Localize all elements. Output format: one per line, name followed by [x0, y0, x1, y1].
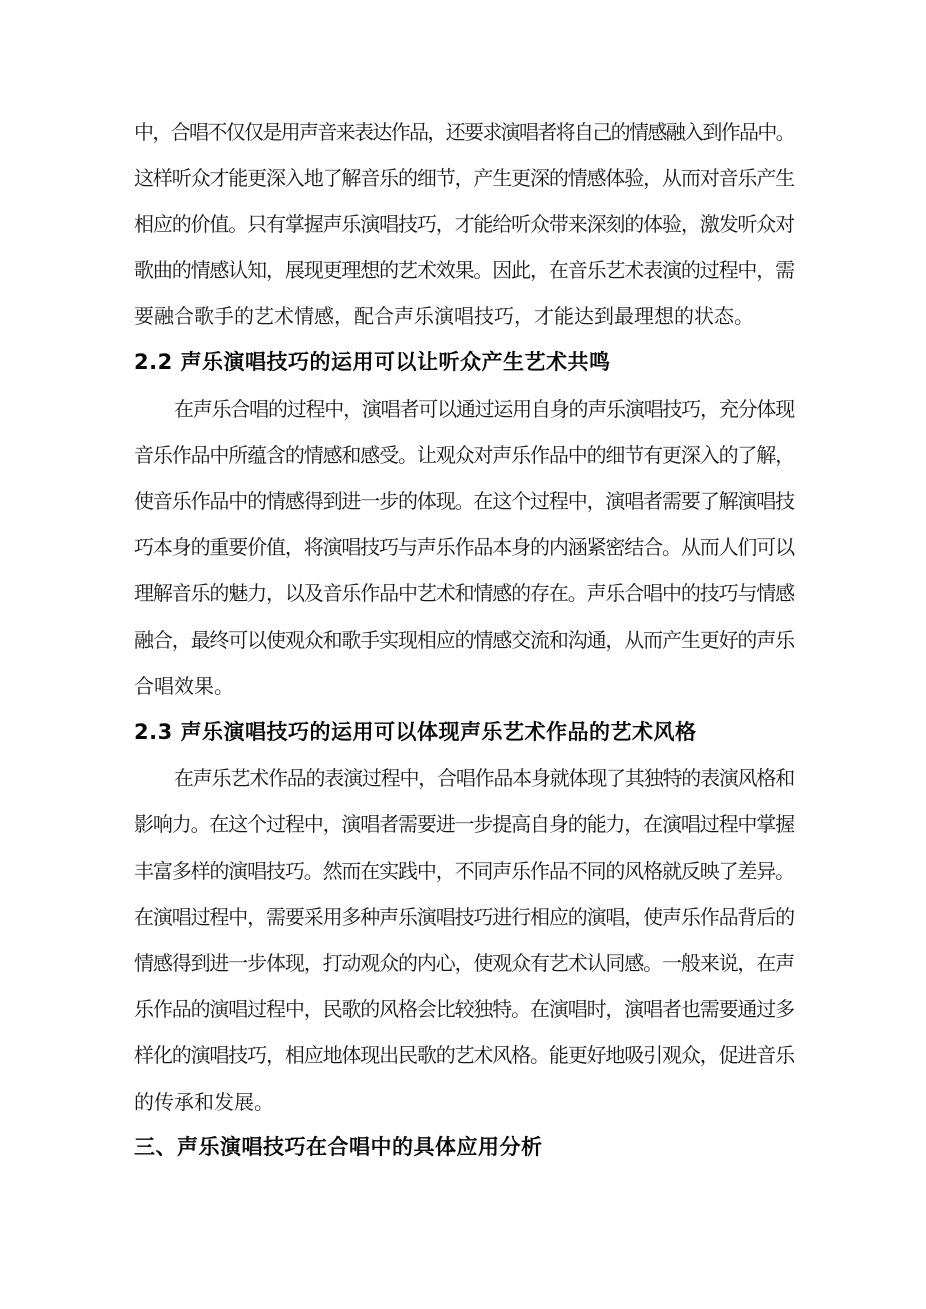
document-page: 中，合唱不仅仅是用声音来表达作品，还要求演唱者将自己的情感融入到作品中。这样听众…: [0, 0, 926, 1309]
paragraph-line-text: 这样听众才能更深入地了解音乐的细节，产生更深的情感体验，从而对音乐产生: [134, 162, 794, 191]
para-2-2-line: 在声乐合唱的过程中，演唱者可以通过运用自身的声乐演唱技巧，充分体现: [134, 384, 794, 430]
paragraph-line-text: 影响力。在这个过程中，演唱者需要进一步提高自身的能力，在演唱过程中掌握: [134, 808, 794, 837]
para-continuation-line: 歌曲的情感认知，展现更理想的艺术效果。因此，在音乐艺术表演的过程中，需: [134, 246, 794, 292]
document-content: 中，合唱不仅仅是用声音来表达作品，还要求演唱者将自己的情感融入到作品中。这样听众…: [134, 107, 794, 1169]
para-2-2-line: 合唱效果。: [134, 661, 794, 707]
para-continuation-line: 中，合唱不仅仅是用声音来表达作品，还要求演唱者将自己的情感融入到作品中。: [134, 107, 794, 153]
para-2-2-line: 使音乐作品中的情感得到进一步的体现。在这个过程中，演唱者需要了解演唱技: [134, 477, 794, 523]
paragraph-line-text: 在演唱过程中，需要采用多种声乐演唱技巧进行相应的演唱，使声乐作品背后的: [134, 901, 794, 930]
para-2-3-line: 样化的演唱技巧，相应地体现出民歌的艺术风格。能更好地吸引观众，促进音乐: [134, 1031, 794, 1077]
para-2-3-line: 在声乐艺术作品的表演过程中，合唱作品本身就体现了其独特的表演风格和: [134, 754, 794, 800]
paragraph-line-text: 要融合歌手的艺术情感，配合声乐演唱技巧，才能达到最理想的状态。: [134, 300, 754, 329]
para-2-2-line: 音乐作品中所蕴含的情感和感受。让观众对声乐作品中的细节有更深入的了解，: [134, 430, 794, 476]
paragraph-line-text: 歌曲的情感认知，展现更理想的艺术效果。因此，在音乐艺术表演的过程中，需: [134, 254, 794, 283]
heading-2-2-text: 2.2 声乐演唱技巧的运用可以让听众产生艺术共鸣: [134, 346, 611, 376]
paragraph-line-text: 理解音乐的魅力，以及音乐作品中艺术和情感的存在。声乐合唱中的技巧与情感: [134, 577, 794, 606]
paragraph-line-text: 合唱效果。: [134, 670, 234, 699]
heading-3: 三、声乐演唱技巧在合唱中的具体应用分析: [134, 1123, 794, 1169]
paragraph-line-text: 中，合唱不仅仅是用声音来表达作品，还要求演唱者将自己的情感融入到作品中。: [134, 116, 794, 145]
paragraph-line-text: 融合，最终可以使观众和歌手实现相应的情感交流和沟通，从而产生更好的声乐: [134, 624, 794, 653]
paragraph-line-text: 丰富多样的演唱技巧。然而在实践中，不同声乐作品不同的风格就反映了差异。: [134, 855, 794, 884]
paragraph-line-text: 乐作品的演唱过程中，民歌的风格会比较独特。在演唱时，演唱者也需要通过多: [134, 993, 794, 1022]
para-2-3-line: 的传承和发展。: [134, 1077, 794, 1123]
paragraph-line-text: 音乐作品中所蕴含的情感和感受。让观众对声乐作品中的细节有更深入的了解，: [134, 439, 794, 468]
paragraph-line-text: 的传承和发展。: [134, 1086, 274, 1115]
paragraph-line-text: 使音乐作品中的情感得到进一步的体现。在这个过程中，演唱者需要了解演唱技: [134, 485, 794, 514]
paragraph-line-text: 在声乐合唱的过程中，演唱者可以通过运用自身的声乐演唱技巧，充分体现: [174, 393, 794, 422]
para-2-2-line: 巧本身的重要价值，将演唱技巧与声乐作品本身的内涵紧密结合。从而人们可以: [134, 523, 794, 569]
paragraph-line-text: 巧本身的重要价值，将演唱技巧与声乐作品本身的内涵紧密结合。从而人们可以: [134, 531, 794, 560]
heading-3-text: 三、声乐演唱技巧在合唱中的具体应用分析: [134, 1131, 543, 1161]
heading-2-3-text: 2.3 声乐演唱技巧的运用可以体现声乐艺术作品的艺术风格: [134, 716, 697, 746]
para-2-2-line: 融合，最终可以使观众和歌手实现相应的情感交流和沟通，从而产生更好的声乐: [134, 615, 794, 661]
para-2-3-line: 情感得到进一步体现，打动观众的内心，使观众有艺术认同感。一般来说，在声: [134, 938, 794, 984]
para-2-2-line: 理解音乐的魅力，以及音乐作品中艺术和情感的存在。声乐合唱中的技巧与情感: [134, 569, 794, 615]
paragraph-line-text: 相应的价值。只有掌握声乐演唱技巧，才能给听众带来深刻的体验，激发听众对: [134, 208, 794, 237]
paragraph-line-text: 样化的演唱技巧，相应地体现出民歌的艺术风格。能更好地吸引观众，促进音乐: [134, 1039, 794, 1068]
para-2-3-line: 乐作品的演唱过程中，民歌的风格会比较独特。在演唱时，演唱者也需要通过多: [134, 985, 794, 1031]
paragraph-line-text: 在声乐艺术作品的表演过程中，合唱作品本身就体现了其独特的表演风格和: [174, 762, 794, 791]
heading-2-2: 2.2 声乐演唱技巧的运用可以让听众产生艺术共鸣: [134, 338, 794, 384]
para-continuation-line: 要融合歌手的艺术情感，配合声乐演唱技巧，才能达到最理想的状态。: [134, 292, 794, 338]
heading-2-3: 2.3 声乐演唱技巧的运用可以体现声乐艺术作品的艺术风格: [134, 707, 794, 753]
para-2-3-line: 在演唱过程中，需要采用多种声乐演唱技巧进行相应的演唱，使声乐作品背后的: [134, 892, 794, 938]
para-2-3-line: 丰富多样的演唱技巧。然而在实践中，不同声乐作品不同的风格就反映了差异。: [134, 846, 794, 892]
paragraph-line-text: 情感得到进一步体现，打动观众的内心，使观众有艺术认同感。一般来说，在声: [134, 947, 794, 976]
para-2-3-line: 影响力。在这个过程中，演唱者需要进一步提高自身的能力，在演唱过程中掌握: [134, 800, 794, 846]
para-continuation-line: 相应的价值。只有掌握声乐演唱技巧，才能给听众带来深刻的体验，激发听众对: [134, 199, 794, 245]
para-continuation-line: 这样听众才能更深入地了解音乐的细节，产生更深的情感体验，从而对音乐产生: [134, 153, 794, 199]
